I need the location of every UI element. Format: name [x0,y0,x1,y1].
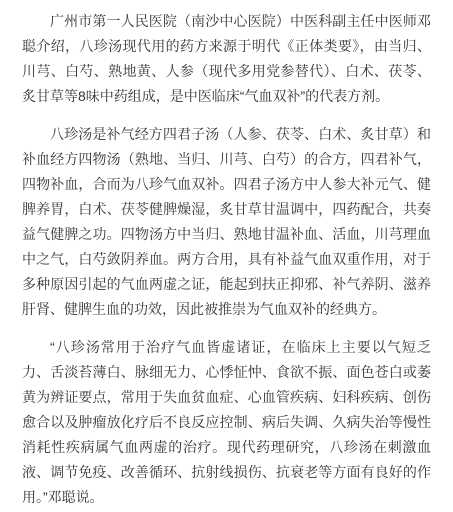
article-paragraph-intro: 广州市第一人民医院（南沙中心医院）中医科副主任中医师邓聪介绍，八珍汤现代用的药方… [22,9,431,109]
article-body: 广州市第一人民医院（南沙中心医院）中医科副主任中医师邓聪介绍，八珍汤现代用的药方… [0,0,453,512]
article-paragraph-composition: 八珍汤是补气经方四君子汤（人参、茯苓、白术、炙甘草）和补血经方四物汤（熟地、当归… [22,122,431,322]
article-paragraph-clinical-use-quote: “八珍汤常用于治疗气血皆虚诸证，在临床上主要以气短乏力、舌淡苔薄白、脉细无力、心… [22,335,431,510]
